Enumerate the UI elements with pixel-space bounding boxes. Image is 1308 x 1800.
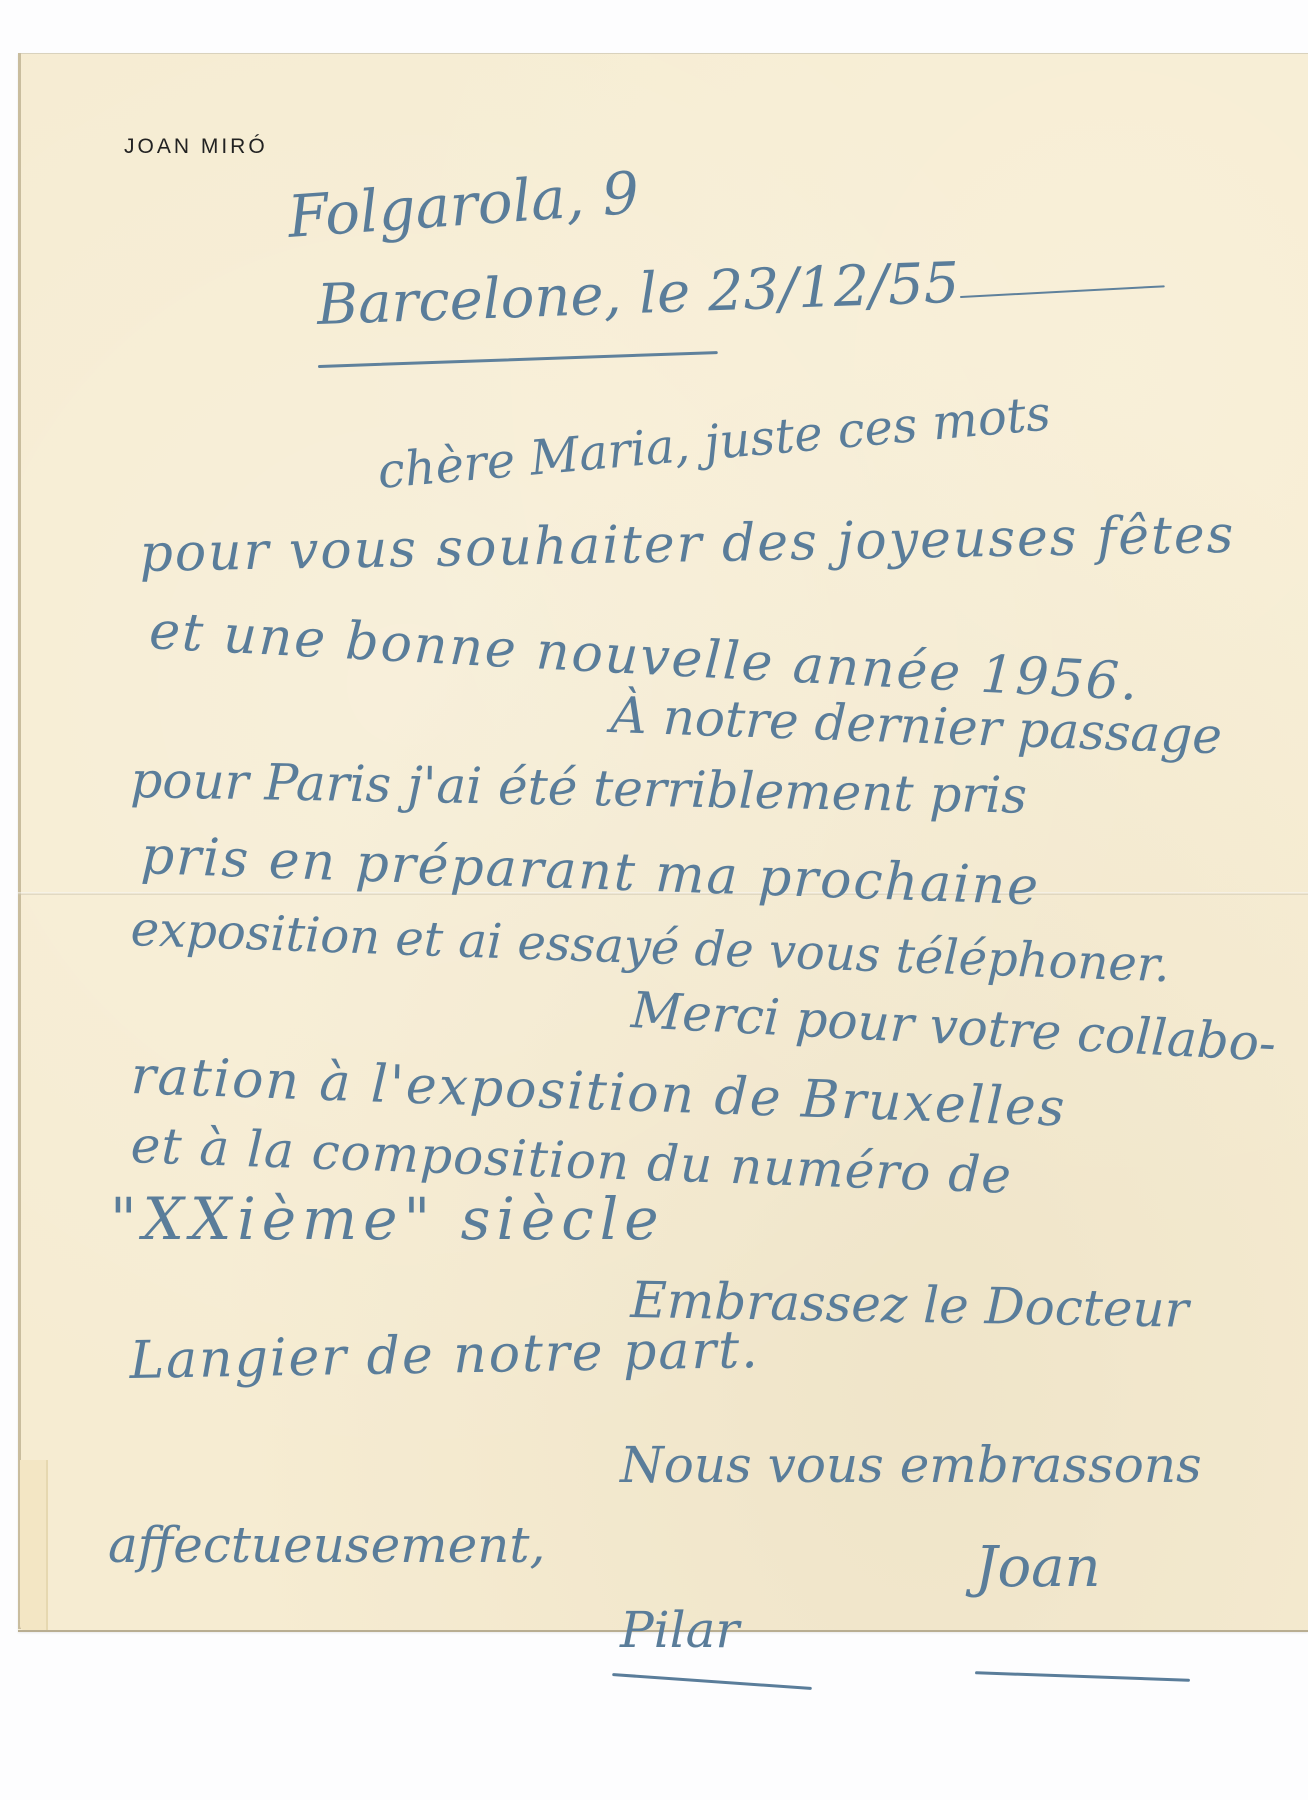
body-line: Nous vous embrassons <box>620 1440 1202 1490</box>
torn-paper-edge <box>20 1460 48 1630</box>
scanned-letter: JOAN MIRÓ Folgarola, 9 Barcelone, le 23/… <box>0 0 1308 1800</box>
signature-joan-underline <box>975 1671 1190 1682</box>
signature-joan: Joan <box>975 1540 1101 1596</box>
signature-pilar: Pilar <box>620 1605 739 1655</box>
letterhead-name: JOAN MIRÓ <box>124 135 268 159</box>
body-line: Langier de notre part. <box>129 1324 760 1387</box>
paper-edge <box>18 53 21 1629</box>
body-line: "XXième" siècle <box>110 1190 665 1248</box>
signature-pilar-flourish <box>612 1673 812 1690</box>
body-line-closing: affectueusement, <box>108 1520 545 1570</box>
body-line: pour Paris j'ai été terriblement pris <box>130 755 1027 821</box>
